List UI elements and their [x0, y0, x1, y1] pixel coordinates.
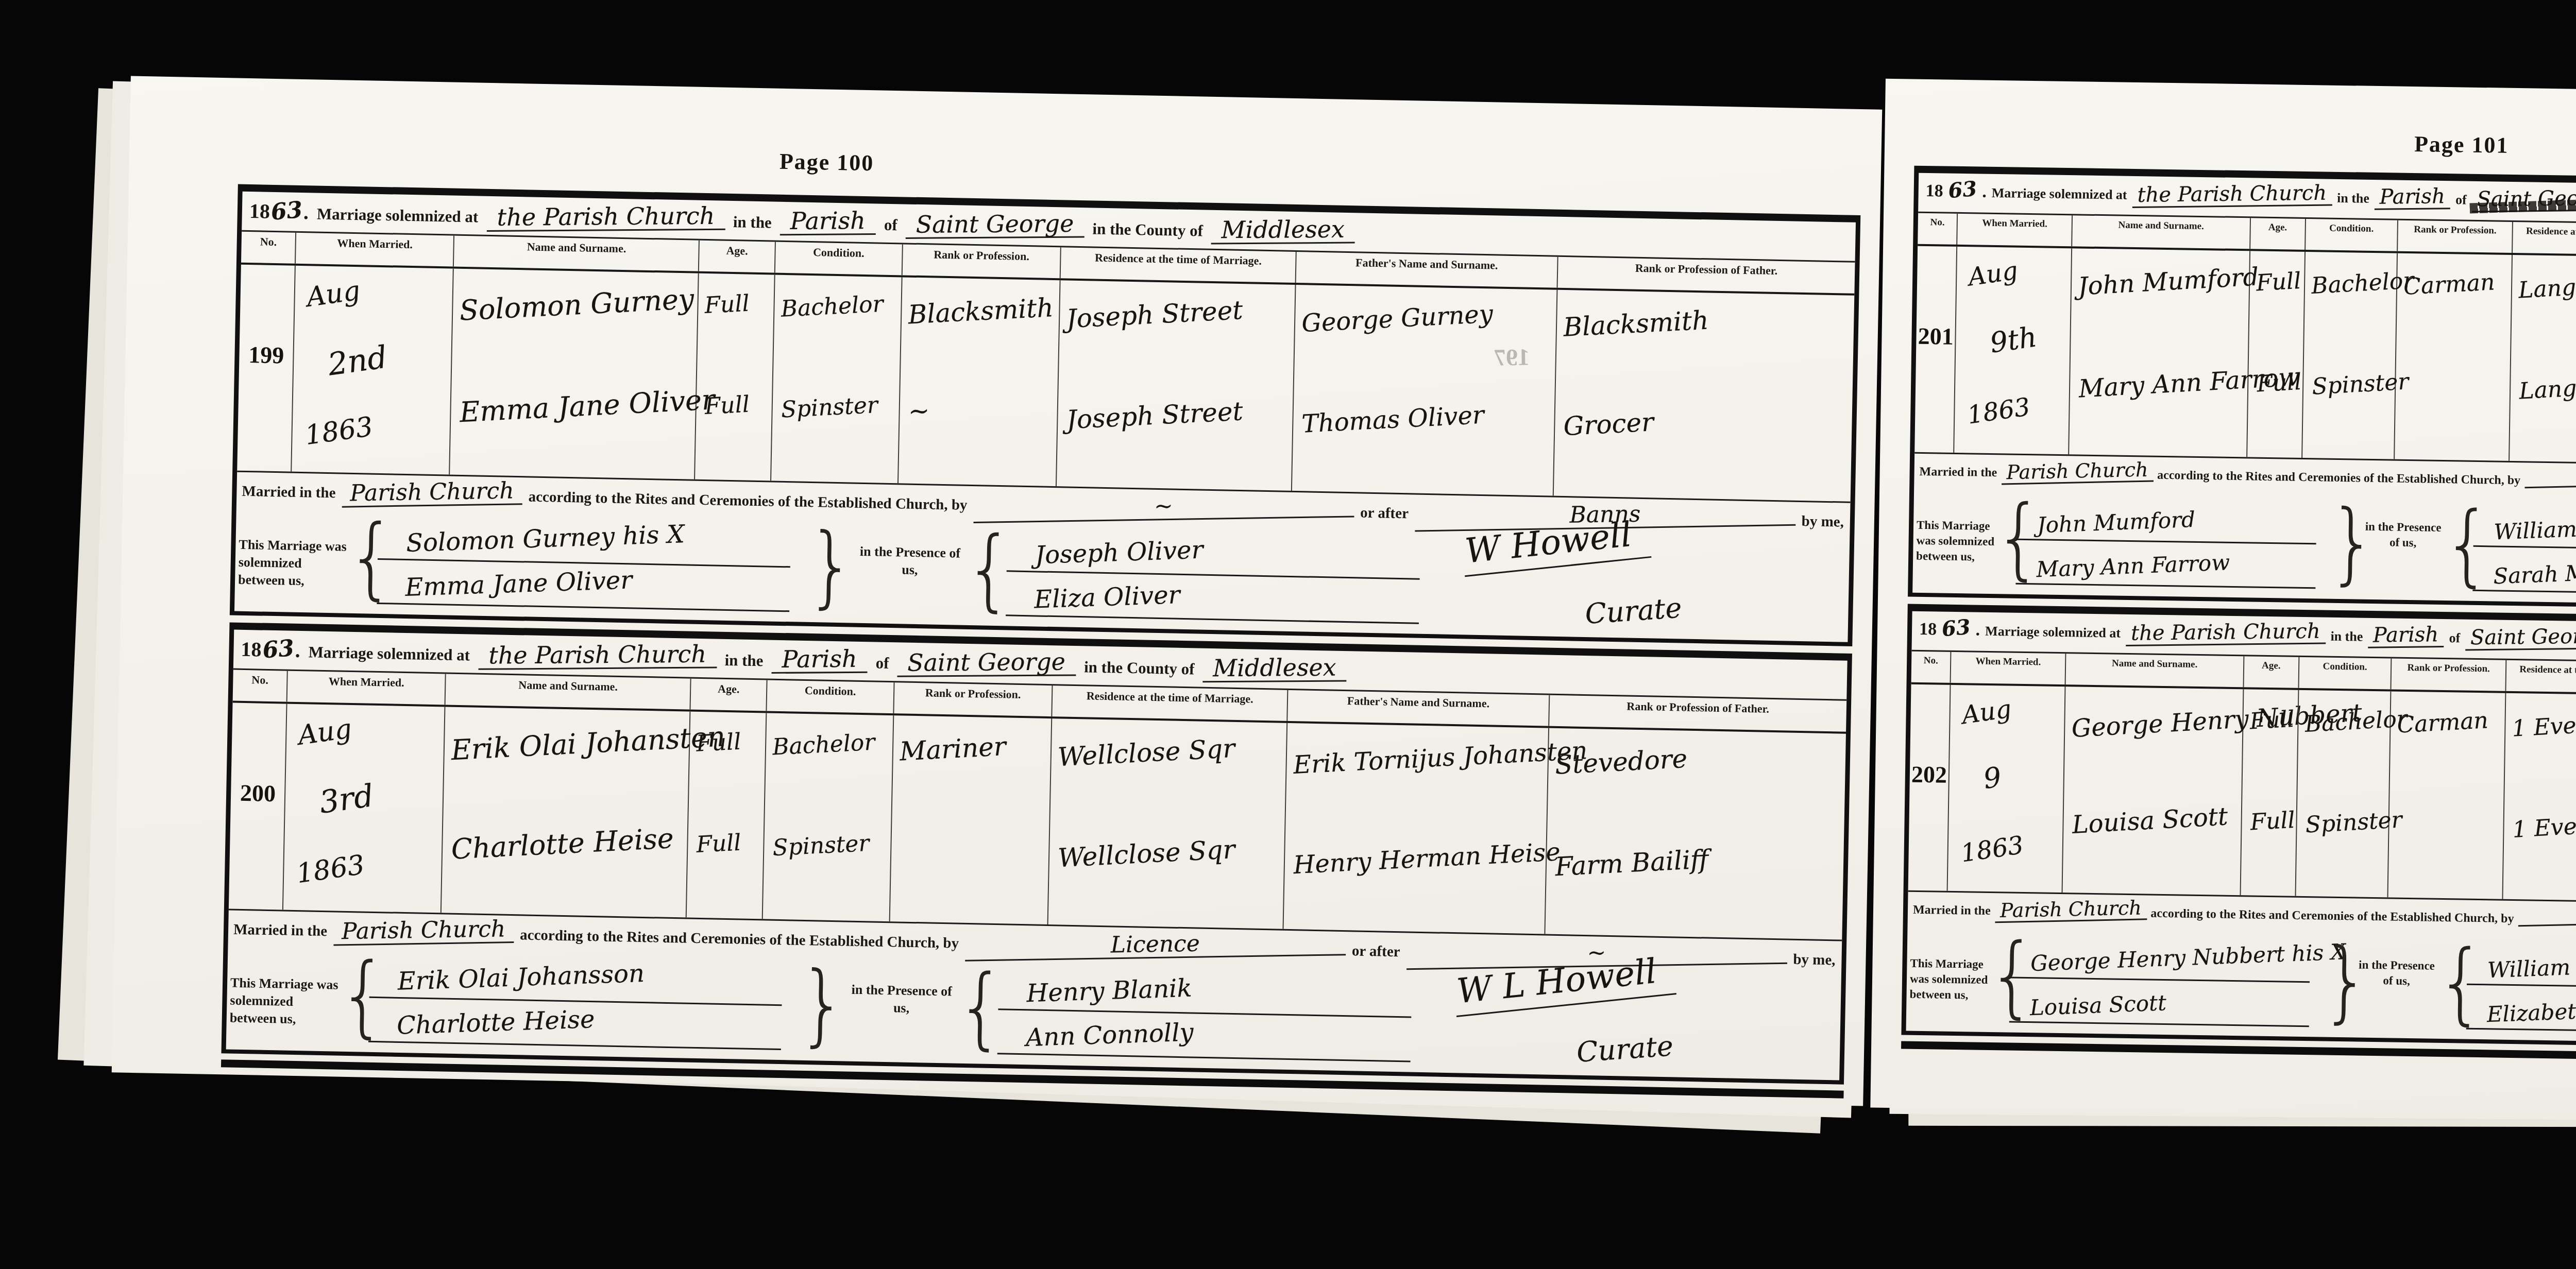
- groom-name: Solomon Gurney: [459, 283, 696, 327]
- date-month: Aug: [1960, 694, 2013, 730]
- year: 1863.: [1925, 180, 1987, 202]
- date-month: Aug: [305, 275, 363, 313]
- cell-names: Solomon Gurney Emma Jane Oliver: [450, 269, 700, 479]
- column-header: Residence at the time of Marriage.: [2506, 660, 2576, 694]
- label-presence: in the Presence of us,: [852, 543, 969, 580]
- year: 1863.: [241, 637, 300, 662]
- bride-condition: Spinster: [780, 392, 878, 423]
- year-handwritten: 63: [1942, 179, 1983, 203]
- label-in-the: in the: [724, 651, 764, 670]
- married-in-field: Parish Church: [2001, 460, 2154, 485]
- label-in-the: in the: [2337, 191, 2369, 207]
- parish-field: Saint George: [2465, 627, 2576, 650]
- year-handwritten: 63: [269, 200, 304, 223]
- label-married-in-the: Married in the: [1913, 903, 1991, 918]
- year-printed: 18: [249, 199, 270, 223]
- column-header: Condition.: [2299, 657, 2392, 690]
- column-header: Residence at the time of Marriage.: [1061, 247, 1297, 283]
- witness-signatures: Joseph Oliver Eliza Oliver: [1006, 533, 1420, 628]
- cell-profession: Blacksmith ~: [899, 277, 1061, 486]
- period: .: [303, 200, 309, 224]
- signature-line: William Farrow his X: [2473, 508, 2576, 552]
- column-header: Condition.: [775, 242, 903, 276]
- date-day: 9th: [1988, 320, 2039, 359]
- groom-age: Full: [2256, 268, 2302, 297]
- column-header: Rank or Profession.: [2392, 659, 2507, 691]
- period: .: [295, 639, 300, 662]
- year-printed: 18: [1919, 620, 1937, 639]
- date-year: 1863: [303, 411, 375, 452]
- signatures-block: This Marriage was solemnized between us,…: [1912, 497, 2576, 610]
- brace-icon: }: [797, 953, 848, 1057]
- year-printed: 18: [1925, 181, 1943, 201]
- bride-signature: Mary Ann Farrow: [2036, 550, 2230, 582]
- entry-number: 200: [231, 779, 285, 808]
- bride-signature: Charlotte Heise: [396, 1005, 595, 1040]
- groom-residence: Langdale St: [2518, 270, 2576, 304]
- cell-residence: Joseph Street Joseph Street: [1057, 280, 1296, 491]
- cell-profession: Carman: [2388, 692, 2506, 899]
- entry-number: 199: [239, 341, 293, 369]
- entry-number: 202: [1910, 761, 1949, 788]
- witness-signatures: William Nubbert Elizabeth Nubbert: [2466, 947, 2576, 1039]
- label-rites: according to the Rites and Ceremonies of…: [2150, 907, 2514, 926]
- page-bottom-rule: [1901, 1041, 2576, 1066]
- groom-signature: John Mumford: [2037, 507, 2196, 538]
- witness2-signature: Ann Connolly: [1025, 1018, 1194, 1052]
- label-by-me: by me,: [1801, 513, 1844, 531]
- column-header: Name and Surname.: [2066, 654, 2244, 687]
- column-header: Residence at the time of Marriage.: [2513, 222, 2576, 255]
- witness1-signature: Joseph Oliver: [1035, 536, 1204, 570]
- label-or-after: or after: [1360, 505, 1409, 523]
- cell-names: Erik Olai Johansten Charlotte Heise: [442, 707, 691, 917]
- entry-rows: 201 Aug 9th 1863 John Mumford Mary Ann F…: [1914, 246, 2576, 471]
- couple-signatures: Solomon Gurney his X Emma Jane Oliver: [377, 521, 791, 616]
- county-field: Middlesex: [1211, 219, 1355, 245]
- groom-profession: Mariner: [899, 731, 1007, 766]
- column-header: Rank or Profession.: [2398, 220, 2513, 253]
- year-handwritten: 63: [261, 638, 296, 661]
- married-in-field: Parish Church: [333, 919, 514, 946]
- signature-line: Charlotte Heise: [368, 1004, 782, 1050]
- column-header: Name and Surname.: [446, 674, 691, 710]
- place-field: the Parish Church: [486, 205, 725, 232]
- label-in-the: in the: [2330, 629, 2363, 645]
- column-header: Name and Surname.: [2072, 215, 2250, 249]
- married-in-field: Parish Church: [1994, 899, 2147, 923]
- cell-profession: Mariner: [890, 715, 1053, 924]
- label-county-of: in the County of: [1084, 658, 1195, 678]
- label-of: of: [2455, 192, 2467, 208]
- county-field: Middlesex: [1202, 657, 1347, 682]
- bride-age: Full: [2256, 369, 2302, 398]
- label-by-me: by me,: [1793, 951, 1836, 969]
- parish-field: Saint George: [906, 213, 1084, 239]
- groom-father-name: George Gurney: [1301, 299, 1494, 338]
- cell-residence: 1 Everard St 1 Everard St: [2503, 693, 2576, 902]
- groom-condition: Bachelor: [772, 729, 876, 761]
- date-day: 9: [1981, 761, 2004, 795]
- officiant-title: Curate: [1575, 1030, 1674, 1069]
- label-or-after: or after: [1352, 942, 1400, 961]
- signatures-block: This Marriage was solemnized between us,…: [1906, 935, 2576, 1049]
- column-header: Residence at the time of Marriage.: [1052, 685, 1288, 721]
- label-this-marriage: This Marriage was solemnized between us,: [1909, 956, 1992, 1003]
- bride-signature: Louisa Scott: [2029, 990, 2167, 1020]
- witness1-signature: William Farrow his X: [2494, 511, 2576, 545]
- label-presence: in the Presence of us,: [843, 981, 960, 1018]
- groom-residence: 1 Everard St: [2511, 708, 2576, 742]
- cell-condition: Bachelor Spinster: [2296, 690, 2392, 898]
- entry-rows: 199 Aug 2nd 1863 Solomon Gurney Emma Jan…: [237, 265, 1854, 503]
- cell-condition: Bachelor Spinster: [2302, 252, 2398, 459]
- column-header: Father's Name and Surname.: [1296, 252, 1558, 288]
- cell-condition: Bachelor Spinster: [771, 275, 903, 484]
- page-number: Page 101: [2414, 131, 2509, 159]
- column-header: Age.: [691, 679, 767, 711]
- place-field: the Parish Church: [2132, 184, 2332, 208]
- marriage-entry: 1863. Marriage solemnized at the Parish …: [221, 622, 1852, 1084]
- signature-line: Elizabeth Nubbert: [2466, 991, 2576, 1034]
- groom-name: Erik Olai Johansten: [450, 720, 726, 766]
- entry-slot: 1863. Marriage solemnized at the Parish …: [221, 622, 1852, 1084]
- cell-father-name: George Gurney Thomas Oliver: [1292, 285, 1557, 496]
- bride-signature: Emma Jane Oliver: [404, 565, 633, 602]
- bride-residence: Langdale St: [2518, 371, 2576, 405]
- date-year: 1863: [1965, 392, 2032, 430]
- groom-father-profession: Stevedore: [1554, 744, 1688, 780]
- signature-line: Sarah Mumford: [2472, 553, 2576, 596]
- groom-residence: Joseph Street: [1065, 295, 1244, 334]
- label-solemnized-at: Marriage solemnized at: [308, 643, 470, 664]
- district-field: Parish: [2368, 625, 2444, 648]
- label-presence: in the Presence of us,: [2354, 957, 2439, 989]
- cell-residence: Wellclose Sqr Wellclose Sqr: [1048, 718, 1288, 929]
- year: 1863.: [249, 199, 309, 224]
- by-field: [2524, 480, 2576, 488]
- column-header: When Married.: [296, 233, 454, 267]
- witness1-signature: Henry Blanik: [1026, 974, 1193, 1008]
- column-header: Rank or Profession of Father.: [1549, 695, 1846, 732]
- groom-profession: Blacksmith: [907, 293, 1054, 330]
- register-table: 1863. Marriage solemnized at the Parish …: [1901, 166, 2576, 1067]
- cell-when-married: Aug 9th 1863: [1955, 247, 2073, 454]
- bride-residence: Wellclose Sqr: [1057, 834, 1236, 873]
- bride-condition: Spinster: [2311, 368, 2410, 400]
- cell-condition: Bachelor Spinster: [762, 713, 894, 921]
- label-rites: according to the Rites and Ceremonies of…: [528, 489, 968, 514]
- column-header: Rank or Profession.: [903, 244, 1061, 278]
- cell-number: 202: [1908, 684, 1951, 891]
- label-solemnized-at: Marriage solemnized at: [1992, 185, 2127, 203]
- witness2-signature: Sarah Mumford: [2493, 557, 2576, 589]
- parish-field: Saint George: [2472, 188, 2576, 212]
- register-page-right: Page 101 1863. Marriage solemnized at th…: [1870, 79, 2576, 1127]
- signature-line: John Mumford: [2016, 502, 2317, 545]
- date-month: Aug: [1967, 256, 2020, 291]
- signature-line: Erik Olai Johansson: [369, 959, 783, 1006]
- signature-line: Joseph Oliver: [1007, 533, 1420, 579]
- date-month: Aug: [296, 713, 354, 751]
- signature-line: Henry Blanik: [998, 971, 1412, 1018]
- column-header: When Married.: [1951, 652, 2066, 684]
- officiant-title: Curate: [1584, 591, 1683, 630]
- year: 1863.: [1919, 619, 1980, 640]
- column-header: When Married.: [287, 671, 446, 705]
- witness-signatures: Henry Blanik Ann Connolly: [997, 971, 1412, 1067]
- entry-rows: 200 Aug 3rd 1863 Erik Olai Johansten Cha…: [229, 703, 1846, 941]
- couple-signatures: Erik Olai Johansson Charlotte Heise: [368, 959, 783, 1055]
- signature-line: William Nubbert: [2467, 947, 2576, 990]
- bride-residence: Joseph Street: [1065, 396, 1244, 435]
- married-in-field: Parish Church: [342, 481, 522, 507]
- label-rites: according to the Rites and Ceremonies of…: [2157, 469, 2520, 488]
- cell-profession: Carman: [2395, 253, 2513, 461]
- column-header: Name and Surname.: [454, 236, 700, 271]
- bride-condition: Spinster: [2304, 807, 2403, 838]
- bride-condition: Spinster: [772, 830, 870, 861]
- bride-age: Full: [2249, 807, 2296, 836]
- year-printed: 18: [241, 638, 262, 661]
- cell-age: Full Full: [2247, 251, 2306, 458]
- bride-name: Charlotte Heise: [451, 822, 675, 866]
- label-rites: according to the Rites and Ceremonies of…: [520, 927, 959, 952]
- cell-names: George Henry Nubbert Louisa Scott: [2063, 687, 2244, 895]
- column-header: Age.: [699, 241, 775, 273]
- groom-signature: Erik Olai Johansson: [397, 959, 645, 996]
- place-field: the Parish Church: [478, 644, 717, 671]
- entry-slot: 1863. Marriage solemnized at the Parish …: [1908, 166, 2576, 614]
- place-field: the Parish Church: [2126, 622, 2326, 646]
- groom-profession: Carman: [2403, 269, 2496, 300]
- bride-father-name: Thomas Oliver: [1301, 401, 1485, 439]
- signatures-block: This Marriage was solemnized between us,…: [234, 516, 1850, 642]
- brace-icon: }: [806, 515, 857, 619]
- bride-father-profession: Grocer: [1563, 407, 1654, 441]
- column-header: When Married.: [1958, 214, 2073, 246]
- groom-father-profession: Blacksmith: [1563, 305, 1709, 342]
- couple-signatures: George Henry Nubbert his X Louisa Scott: [2009, 940, 2311, 1032]
- column-header: Age.: [2244, 656, 2299, 688]
- cell-when-married: Aug 3rd 1863: [283, 704, 446, 913]
- signature-line: Eliza Oliver: [1006, 577, 1419, 624]
- bride-age: Full: [696, 830, 742, 858]
- label-of: of: [875, 654, 889, 673]
- groom-profession: Carman: [2397, 707, 2489, 739]
- marriage-entry: 1863. Marriage solemnized at the Parish …: [1901, 604, 2576, 1053]
- bride-name: Emma Jane Oliver: [459, 383, 716, 428]
- signatures-block: This Marriage was solemnized between us,…: [226, 953, 1841, 1080]
- label-married-in-the: Married in the: [1919, 465, 1997, 480]
- by-field: ~: [973, 493, 1354, 523]
- bride-father-profession: Farm Bailiff: [1554, 844, 1709, 882]
- column-header: No.: [1918, 213, 1958, 245]
- signature-line: Solomon Gurney his X: [378, 521, 791, 568]
- groom-age: Full: [696, 729, 741, 757]
- witness2-signature: Elizabeth Nubbert: [2486, 994, 2576, 1027]
- witness-signatures: William Farrow his X Sarah Mumford: [2472, 508, 2576, 601]
- entry-rows: 202 Aug 9 1863 George Henry Nubbert Loui…: [1908, 684, 2576, 910]
- groom-signature: Solomon Gurney his X: [405, 520, 685, 558]
- date-year: 1863: [295, 849, 366, 889]
- cell-when-married: Aug 9 1863: [1948, 685, 2066, 893]
- label-solemnized-at: Marriage solemnized at: [1985, 624, 2121, 641]
- register-table: 1863. Marriage solemnized at the Parish …: [221, 184, 1860, 1099]
- column-header: No.: [233, 670, 289, 702]
- groom-age: Full: [704, 290, 750, 319]
- bride-residence: 1 Everard St: [2512, 809, 2576, 843]
- groom-residence: Wellclose Sqr: [1057, 733, 1236, 772]
- label-of: of: [2449, 630, 2460, 646]
- bride-father-name: Henry Herman Heise: [1293, 837, 1561, 880]
- label-presence: in the Presence of us,: [2361, 519, 2446, 551]
- bride-profession: ~: [907, 396, 930, 426]
- marriage-entry: 1863. Marriage solemnized at the Parish …: [1908, 166, 2576, 614]
- marriage-entry: 1863. Marriage solemnized at the Parish …: [230, 184, 1860, 646]
- officiant-block: W Howell Curate: [1461, 539, 1850, 642]
- label-this-marriage: This Marriage was solemnized between us,: [1916, 518, 1998, 565]
- groom-name: John Mumford: [2077, 262, 2260, 301]
- signature-line: Ann Connolly: [997, 1016, 1411, 1062]
- groom-condition: Bachelor: [780, 291, 884, 322]
- register-page-left: Page 100 197 1863. Marriage solemnized a…: [112, 76, 1883, 1106]
- signature-line: Emma Jane Oliver: [377, 565, 790, 612]
- label-of: of: [884, 216, 898, 234]
- bride-name: Louisa Scott: [2071, 802, 2228, 839]
- entry-slot: 1863. Marriage solemnized at the Parish …: [230, 184, 1860, 646]
- cell-number: 199: [237, 265, 296, 472]
- signature-line: Mary Ann Farrow: [2016, 546, 2316, 589]
- district-field: Parish: [771, 648, 868, 674]
- by-field: Licence: [965, 931, 1346, 961]
- witness2-signature: Eliza Oliver: [1033, 580, 1180, 614]
- couple-signatures: John Mumford Mary Ann Farrow: [2015, 502, 2317, 594]
- label-married-in-the: Married in the: [233, 921, 328, 940]
- column-header: No.: [241, 232, 297, 264]
- cell-father-profession: Stevedore Farm Bailiff: [1545, 728, 1846, 940]
- column-header: Age.: [2250, 218, 2306, 250]
- parish-field: Saint George: [897, 651, 1076, 677]
- date-day: 3rd: [317, 778, 376, 821]
- entry-slot: 1863. Marriage solemnized at the Parish …: [1901, 604, 2576, 1053]
- label-married-in-the: Married in the: [242, 483, 336, 502]
- by-field: [2518, 918, 2576, 927]
- cell-number: 200: [229, 703, 287, 910]
- page-number: Page 100: [779, 148, 874, 177]
- cell-age: Full Full: [2241, 689, 2299, 896]
- groom-age: Full: [2249, 706, 2295, 735]
- entry-number: 201: [1916, 322, 1955, 350]
- label-this-marriage: This Marriage was solemnized between us,: [229, 974, 343, 1029]
- label-this-marriage: This Marriage was solemnized between us,: [238, 536, 352, 591]
- column-header: Condition.: [767, 680, 895, 713]
- label-in-the: in the: [733, 213, 772, 232]
- cell-number: 201: [1914, 246, 1957, 453]
- date-year: 1863: [1959, 831, 2026, 868]
- cell-residence: Langdale St Langdale St: [2510, 255, 2576, 464]
- cell-names: John Mumford Mary Ann Farrow: [2069, 248, 2250, 457]
- officiant-block: W L Howell Curate: [1452, 977, 1841, 1080]
- district-field: Parish: [780, 210, 876, 236]
- column-header: Father's Name and Surname.: [1288, 690, 1550, 726]
- label-county-of: in the County of: [1092, 219, 1203, 240]
- year-handwritten: 63: [1936, 618, 1976, 642]
- signature-line: Louisa Scott: [2009, 984, 2310, 1027]
- date-day: 2nd: [326, 339, 390, 383]
- column-header: No.: [1911, 651, 1952, 683]
- signature-line: George Henry Nubbert his X: [2010, 940, 2310, 983]
- cell-father-profession: Blacksmith Grocer: [1553, 290, 1854, 502]
- column-header: Rank or Profession of Father.: [1557, 257, 1855, 294]
- column-header: Rank or Profession.: [894, 682, 1053, 716]
- district-field: Parish: [2375, 187, 2451, 210]
- groom-signature: George Henry Nubbert his X: [2030, 939, 2346, 976]
- bride-age: Full: [704, 391, 750, 420]
- column-header: Condition.: [2306, 219, 2399, 251]
- cell-age: Full Full: [687, 712, 767, 919]
- cell-when-married: Aug 2nd 1863: [292, 266, 454, 475]
- witness1-signature: William Nubbert: [2487, 951, 2576, 983]
- cell-age: Full Full: [696, 273, 775, 481]
- label-solemnized-at: Marriage solemnized at: [317, 205, 479, 227]
- cell-father-name: Erik Tornijus Johansten Henry Herman Hei…: [1284, 723, 1549, 934]
- groom-father-name: Erik Tornijus Johansten: [1293, 736, 1588, 780]
